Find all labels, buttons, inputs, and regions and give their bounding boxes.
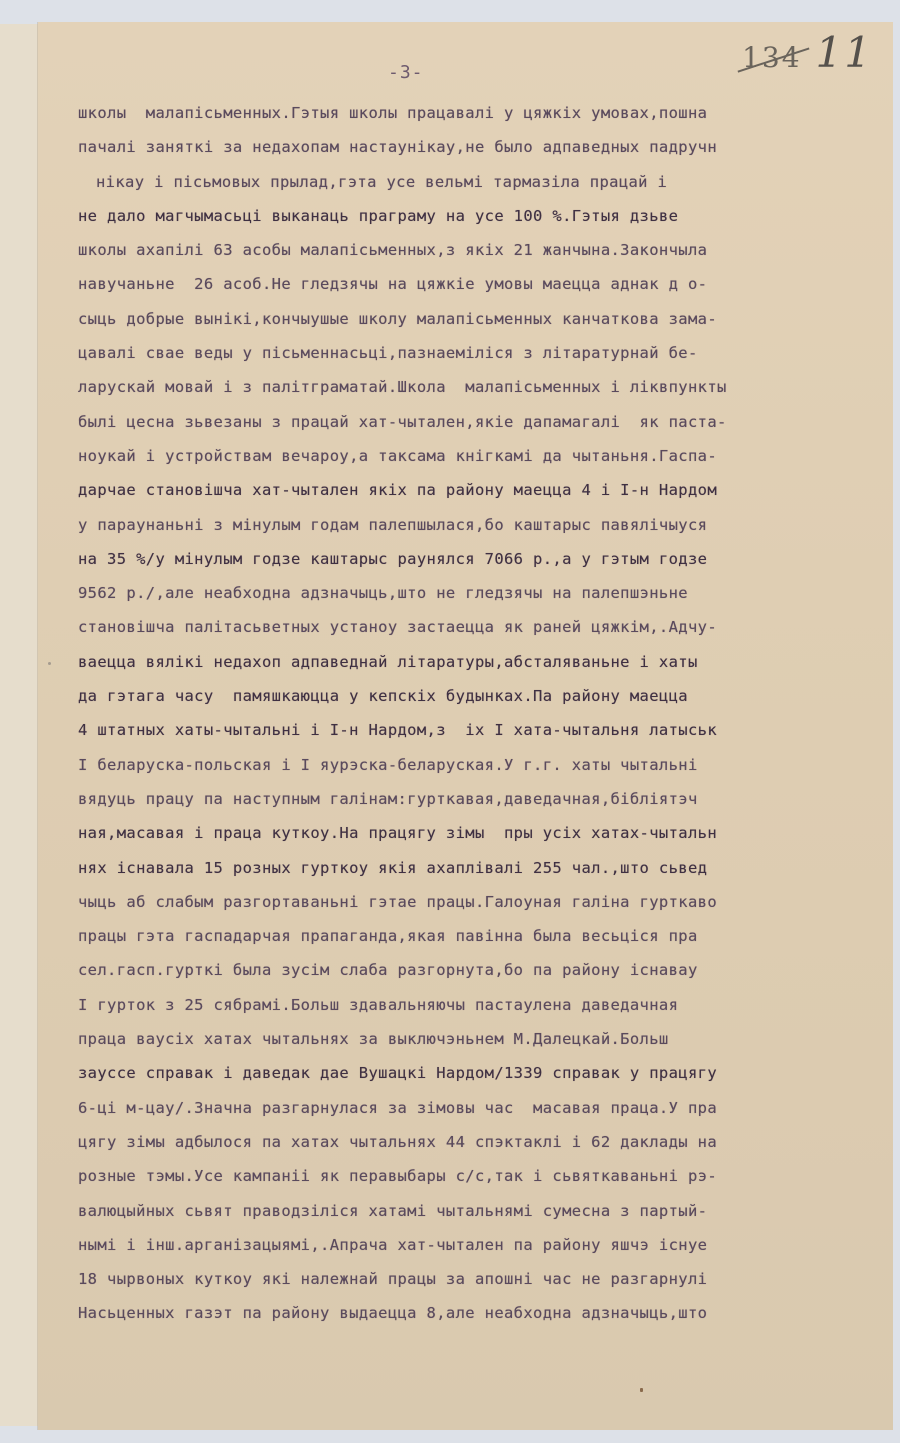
text-line: нымі і інш.арганізацыямі,.Апрача хат-чыт… [78,1228,848,1262]
text-line: да гэтага часу памяшкаюцца у кепскіх буд… [78,679,848,713]
text-line: ноукай і устройствам вечароу,а таксама к… [78,439,848,473]
text-line: школы ахапілі 63 асобы малапісьменных,з … [78,233,848,267]
paper-speck [640,1388,643,1392]
text-line: валюцыйных сьвят праводзіліся хатамі чыт… [78,1194,848,1228]
text-line: цягу зімы адбылося па хатах чытальнях 44… [78,1125,848,1159]
text-line: нікау і пісьмовых прылад,гэта усе вельмі… [78,165,848,199]
text-line: вядуць працу па наступным галінам:гуртка… [78,782,848,816]
text-line: становішча палітасьветных устаноу застае… [78,610,848,644]
typewritten-body: школы малапісьменных.Гэтыя школы працава… [78,96,848,1331]
underlying-page-edge [0,24,40,1426]
text-line: ная,масавая і праца куткоу.На працягу зі… [78,816,848,850]
text-line: ларускай мовай і з палітграматай.Школа м… [78,370,848,404]
text-line: у параунаньні з мінулым годам палепшылас… [78,508,848,542]
text-line: на 35 %/у мінулым годзе каштарыс раунялс… [78,542,848,576]
text-line: былі цесна зьвезаны з працай хат-чытален… [78,405,848,439]
text-line: сыць добрые вынікі,кончыушые школу малап… [78,302,848,336]
text-line: пачалі заняткі за недахопам настаунікау,… [78,130,848,164]
text-line: 9562 р./,але неабходна адзначыць,што не … [78,576,848,610]
text-line: нях існавала 15 розных гурткоу якія ахап… [78,851,848,885]
text-line: дарчае становішча хат-чытален якіх па ра… [78,473,848,507]
text-line: I беларуска-польская і I яурэска-беларус… [78,748,848,782]
margin-mark [48,662,51,665]
text-line: I гурток з 25 сябрамі.Больш здавальняючы… [78,988,848,1022]
text-line: навучаньне 26 асоб.Не гледзячы на цяжкіе… [78,267,848,301]
text-line: чыць аб слабым разгортаваньні гэтае прац… [78,885,848,919]
text-line: 4 штатных хаты-чытальні і I-н Нардом,з і… [78,713,848,747]
text-line: Насьценных газэт па району выдаецца 8,ал… [78,1296,848,1330]
text-line: праца ваусіх хатах чытальнях за выключэн… [78,1022,848,1056]
text-line: ваецца вялікі недахоп адпаведнай літарат… [78,645,848,679]
text-line: розные тэмы.Усе кампаніі як перавыбары с… [78,1159,848,1193]
current-folio-number: 11 [816,28,873,77]
text-line: працы гэта гаспадарчая прапаганда,якая п… [78,919,848,953]
text-line: цавалі свае веды у пісьменнасьці,пазнаем… [78,336,848,370]
text-line: 18 чырвоных куткоу які належнай працы за… [78,1262,848,1296]
text-line: не дало магчымасьці выканаць праграму на… [78,199,848,233]
text-line: зауссе справак і даведак дае Вушацкі Нар… [78,1056,848,1090]
text-line: 6-ці м-цау/.Значна разгарнулася за зімов… [78,1091,848,1125]
page-number: -3- [388,62,424,83]
folio-number: 13411 [742,28,873,77]
text-line: школы малапісьменных.Гэтыя школы працава… [78,96,848,130]
text-line: сел.гасп.гурткі была зусім слаба разгорн… [78,953,848,987]
struck-folio-number: 134 [742,41,801,74]
